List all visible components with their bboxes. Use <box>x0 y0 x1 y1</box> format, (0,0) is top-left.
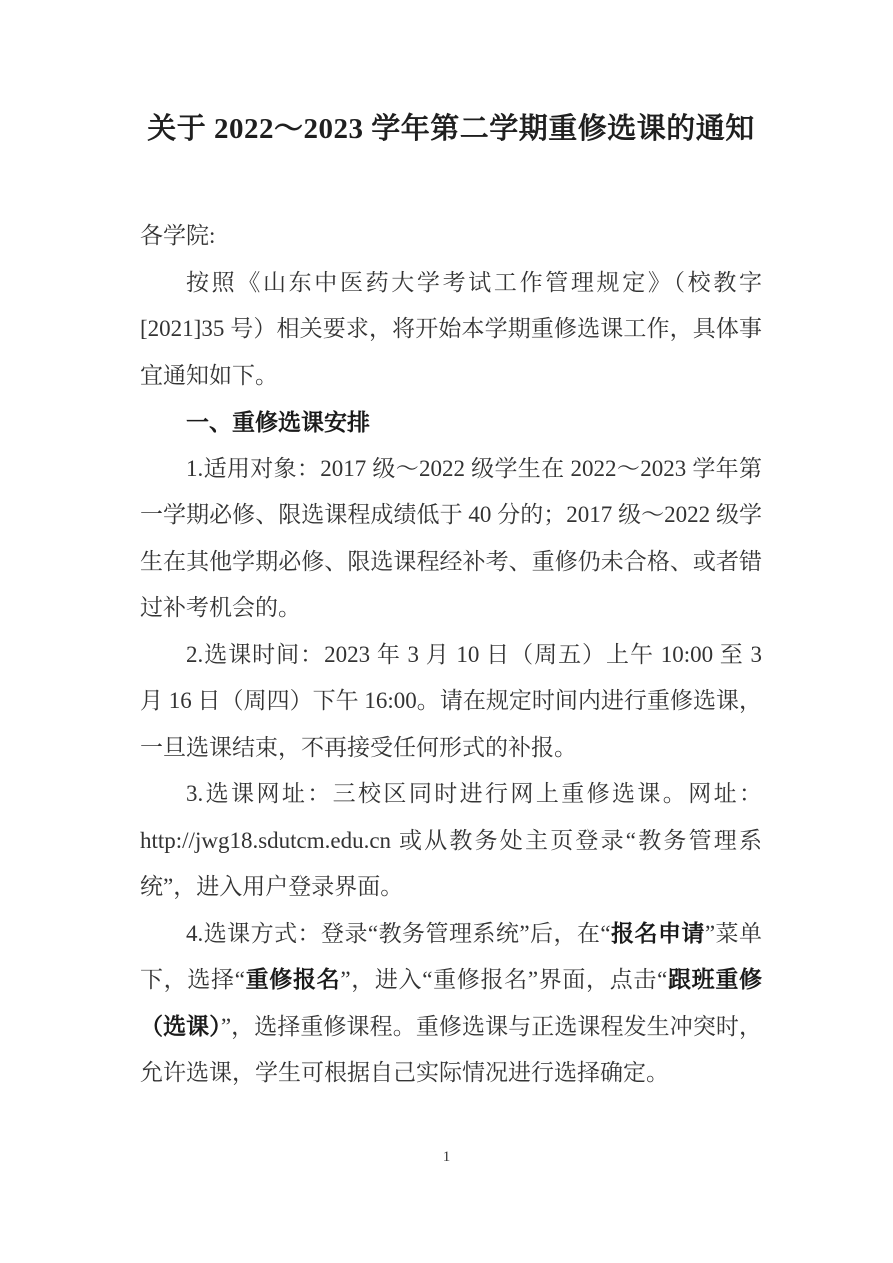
item-2-selection-time: 2.选课时间：2023 年 3 月 10 日（周五）上午 10:00 至 3 月… <box>140 632 762 772</box>
text-segment: ”，选择重修课程。重修选课与正选课程发生冲突时，允许选课，学生可根据自己实际情况… <box>140 1014 762 1086</box>
item-1-eligible-students: 1.适用对象：2017 级～2022 级学生在 2022～2023 学年第一学期… <box>140 446 762 632</box>
text-segment: 3.选课网址：三校区同时进行网上重修选课。网址：http://jwg18.sdu… <box>140 781 762 899</box>
bold-text-segment: 重修报名 <box>245 967 340 992</box>
page-title: 关于 2022～2023 学年第二学期重修选课的通知 <box>140 108 762 150</box>
document-page: 关于 2022～2023 学年第二学期重修选课的通知 各学院:按照《山东中医药大… <box>0 0 893 1263</box>
salutation: 各学院: <box>140 213 762 260</box>
text-segment: 4.选课方式：登录“教务管理系统”后，在“ <box>186 921 611 946</box>
text-segment: 2.选课时间：2023 年 3 月 10 日（周五）上午 10:00 至 3 月… <box>140 642 762 760</box>
item-3-selection-website: 3.选课网址：三校区同时进行网上重修选课。网址：http://jwg18.sdu… <box>140 771 762 911</box>
text-segment: 按照《山东中医药大学考试工作管理规定》（校教字[2021]35 号）相关要求，将… <box>140 270 762 388</box>
text-segment: 各学院: <box>140 223 215 248</box>
section-heading-arrangement: 一、重修选课安排 <box>140 399 762 446</box>
text-segment: 1.适用对象：2017 级～2022 级学生在 2022～2023 学年第一学期… <box>140 456 762 621</box>
intro-paragraph: 按照《山东中医药大学考试工作管理规定》（校教字[2021]35 号）相关要求，将… <box>140 260 762 400</box>
document-body: 各学院:按照《山东中医药大学考试工作管理规定》（校教字[2021]35 号）相关… <box>140 213 762 1097</box>
page-number: 1 <box>0 1146 893 1168</box>
bold-text-segment: 报名申请 <box>611 921 705 946</box>
bold-text-segment: 一、重修选课安排 <box>186 409 370 435</box>
item-4-selection-method: 4.选课方式：登录“教务管理系统”后，在“报名申请”菜单下，选择“重修报名”，进… <box>140 911 762 1097</box>
text-segment: ”，进入“重修报名”界面，点击“ <box>340 967 667 992</box>
